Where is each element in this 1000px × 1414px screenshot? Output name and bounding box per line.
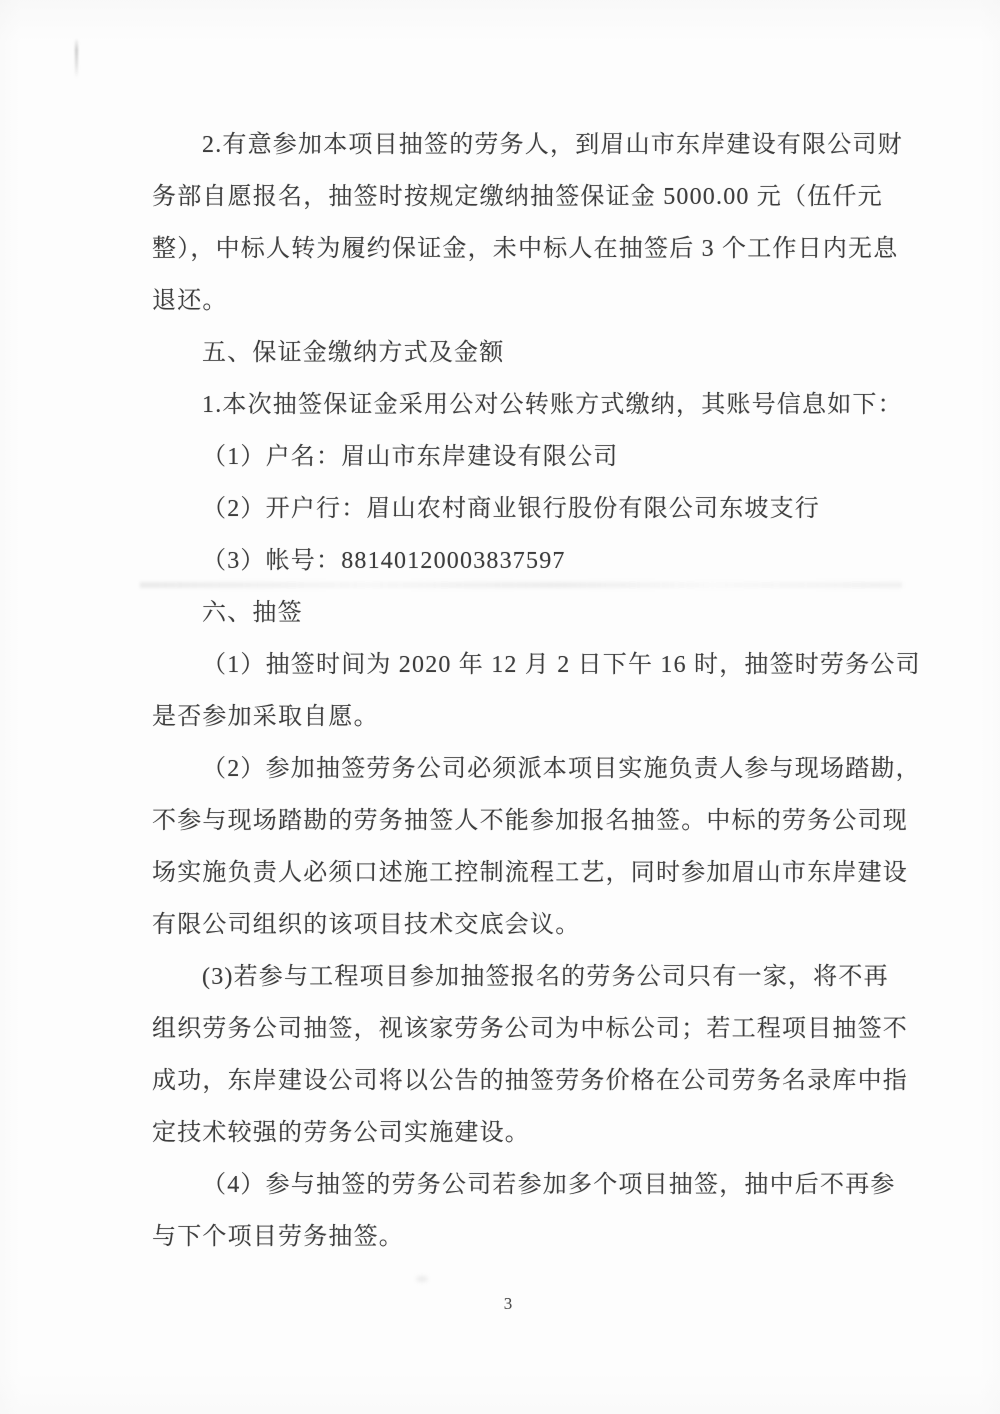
paragraph-line: （1）抽签时间为 2020 年 12 月 2 日下午 16 时，抽签时劳务公司 <box>152 639 1000 691</box>
paragraph-line: 组织劳务公司抽签，视该家劳务公司为中标公司；若工程项目抽签不 <box>152 1003 1000 1055</box>
paragraph-line: (3)若参与工程项目参加抽签报名的劳务公司只有一家，将不再 <box>152 951 1000 1003</box>
paragraph-line: 1.本次抽签保证金采用公对公转账方式缴纳，其账号信息如下： <box>152 379 1000 431</box>
account-holder-line: （1）户名：眉山市东岸建设有限公司 <box>152 431 1000 483</box>
section-heading-draw: 六、抽签 <box>152 587 1000 639</box>
page-number: 3 <box>16 1294 1000 1314</box>
document-body: 2.有意参加本项目抽签的劳务人，到眉山市东岸建设有限公司财 务部自愿报名，抽签时… <box>0 0 1000 1263</box>
paragraph-line: 是否参加采取自愿。 <box>152 691 1000 743</box>
paragraph-line: 整），中标人转为履约保证金，未中标人在抽签后 3 个工作日内无息 <box>152 223 1000 275</box>
paragraph-line: 退还。 <box>152 275 1000 327</box>
paragraph-line: 定技术较强的劳务公司实施建设。 <box>152 1107 1000 1159</box>
paragraph-line: 务部自愿报名，抽签时按规定缴纳抽签保证金 5000.00 元（伍仟元 <box>152 171 1000 223</box>
paragraph-line: 成功，东岸建设公司将以公告的抽签劳务价格在公司劳务名录库中指 <box>152 1055 1000 1107</box>
account-number-line: （3）帐号：88140120003837597 <box>152 535 1000 587</box>
account-bank-line: （2）开户行：眉山农村商业银行股份有限公司东坡支行 <box>152 483 1000 535</box>
section-heading-deposit: 五、保证金缴纳方式及金额 <box>152 327 1000 379</box>
paragraph-line: 2.有意参加本项目抽签的劳务人，到眉山市东岸建设有限公司财 <box>152 119 1000 171</box>
scan-artifact-dot <box>416 1276 428 1282</box>
paragraph-line: 场实施负责人必须口述施工控制流程工艺，同时参加眉山市东岸建设 <box>152 847 1000 899</box>
paragraph-line: 与下个项目劳务抽签。 <box>152 1211 1000 1263</box>
paragraph-line: 有限公司组织的该项目技术交底会议。 <box>152 899 1000 951</box>
paragraph-line: 不参与现场踏勘的劳务抽签人不能参加报名抽签。中标的劳务公司现 <box>152 795 1000 847</box>
paragraph-line: （4）参与抽签的劳务公司若参加多个项目抽签，抽中后不再参 <box>152 1159 1000 1211</box>
paragraph-line: （2）参加抽签劳务公司必须派本项目实施负责人参与现场踏勘， <box>152 743 1000 795</box>
